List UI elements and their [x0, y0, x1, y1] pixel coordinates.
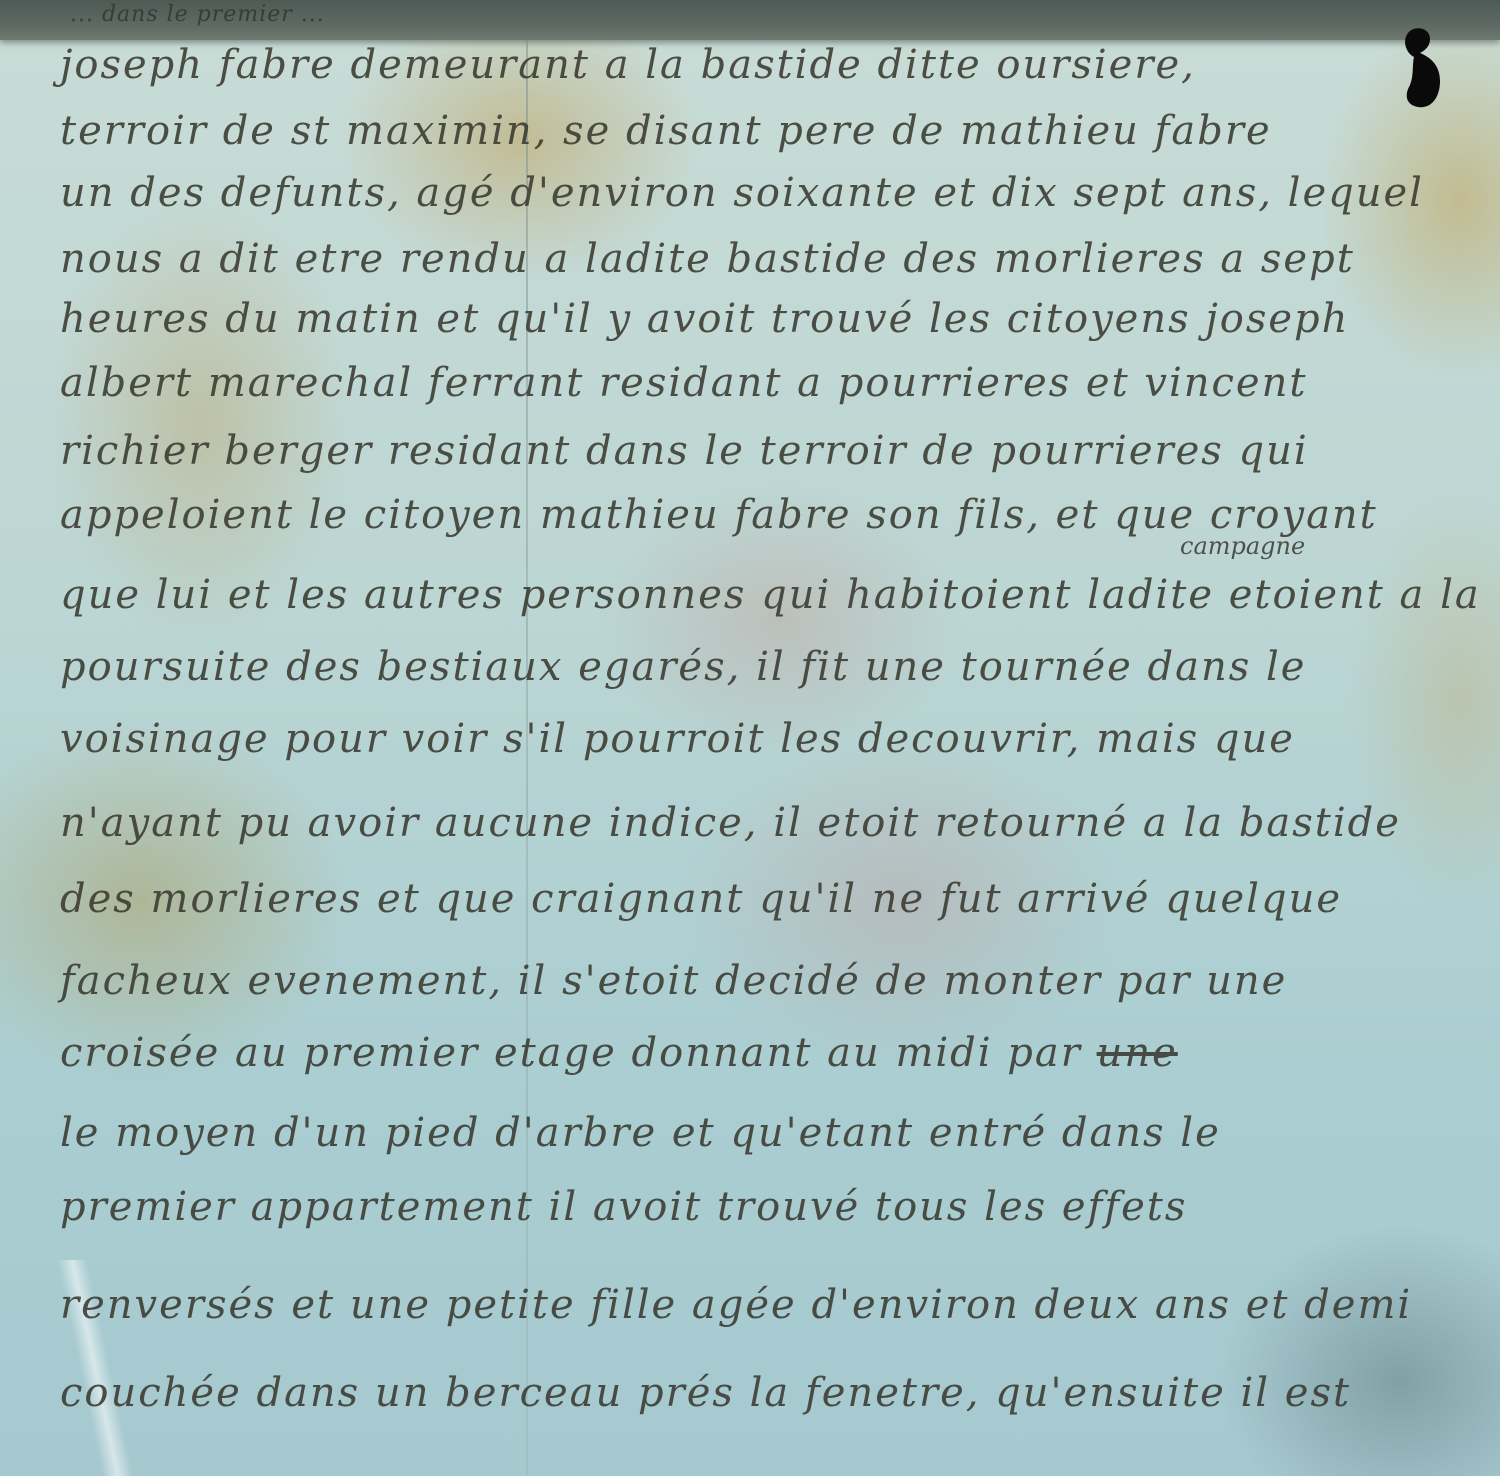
- manuscript-line-13: des morlieres et que craignant qu'il ne …: [60, 876, 1342, 922]
- manuscript-line-17: premier appartement il avoit trouvé tous…: [60, 1184, 1187, 1230]
- manuscript-line-16: le moyen d'un pied d'arbre et qu'etant e…: [60, 1110, 1221, 1156]
- manuscript-line-2: terroir de st maximin, se disant pere de…: [60, 108, 1272, 154]
- manuscript-line-5: heures du matin et qu'il y avoit trouvé …: [60, 296, 1349, 342]
- manuscript-line-1: joseph fabre demeurant a la bastide ditt…: [60, 42, 1196, 88]
- manuscript-line-15-text: croisée au premier etage donnant au midi…: [60, 1030, 1082, 1076]
- manuscript-line-14: facheux evenement, il s'etoit decidé de …: [60, 958, 1287, 1004]
- ink-blot-icon: [1400, 25, 1450, 115]
- manuscript-page: ... dans le premier ... joseph fabre dem…: [0, 0, 1500, 1476]
- interlinear-insertion: campagne: [1180, 532, 1305, 560]
- manuscript-line-4: nous a dit etre rendu a ladite bastide d…: [60, 236, 1355, 282]
- struck-word: une: [1097, 1030, 1178, 1076]
- top-fragment-text: ... dans le premier ...: [70, 2, 325, 27]
- manuscript-line-19: couchée dans un berceau prés la fenetre,…: [60, 1370, 1351, 1416]
- manuscript-line-18: renversés et une petite fille agée d'env…: [60, 1282, 1412, 1328]
- manuscript-line-3: un des defunts, agé d'environ soixante e…: [60, 170, 1424, 216]
- manuscript-line-7: richier berger residant dans le terroir …: [60, 428, 1309, 474]
- manuscript-line-10: poursuite des bestiaux egarés, il fit un…: [60, 644, 1306, 690]
- manuscript-line-9: que lui et les autres personnes qui habi…: [60, 572, 1481, 618]
- top-strip-previous-page: ... dans le premier ...: [0, 0, 1500, 40]
- manuscript-line-15: croisée au premier etage donnant au midi…: [60, 1030, 1178, 1076]
- manuscript-line-6: albert marechal ferrant residant a pourr…: [60, 360, 1307, 406]
- manuscript-line-12: n'ayant pu avoir aucune indice, il etoit…: [60, 800, 1401, 846]
- manuscript-line-11: voisinage pour voir s'il pourroit les de…: [60, 716, 1295, 762]
